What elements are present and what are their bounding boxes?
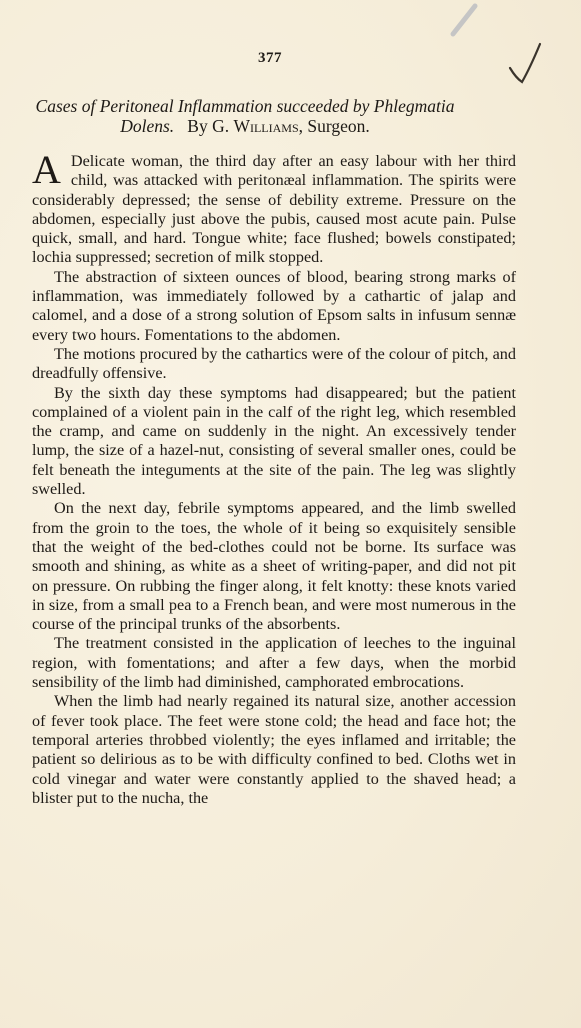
check-mark-icon [508,38,544,88]
paragraph: By the sixth day these symptoms had disa… [32,384,516,500]
paragraph: On the next day, febrile symptoms appear… [32,499,516,634]
title-by: By G. [187,116,229,136]
paragraph: The abstraction of sixteen ounces of blo… [32,268,516,345]
paragraph: When the limb had nearly regained its na… [32,692,516,808]
title-dolens: Dolens. [120,116,174,136]
title-line-2: Dolens. By G. Williams, Surgeon. [28,116,462,136]
paragraph: The motions procured by the cathartics w… [32,345,516,384]
article-body: A Delicate woman, the third day after an… [32,152,516,808]
paragraph: The treatment consisted in the applicati… [32,634,516,692]
author-name: Williams [233,116,298,136]
author-role: , Surgeon. [299,116,370,136]
pencil-smudge-icon [445,0,485,40]
page-number: 377 [0,50,540,67]
drop-cap: A [32,154,61,186]
paragraph: A Delicate woman, the third day after an… [32,152,516,268]
title-line-1: Cases of Peritoneal Inflammation succeed… [28,96,462,116]
article-title: Cases of Peritoneal Inflammation succeed… [28,96,462,136]
